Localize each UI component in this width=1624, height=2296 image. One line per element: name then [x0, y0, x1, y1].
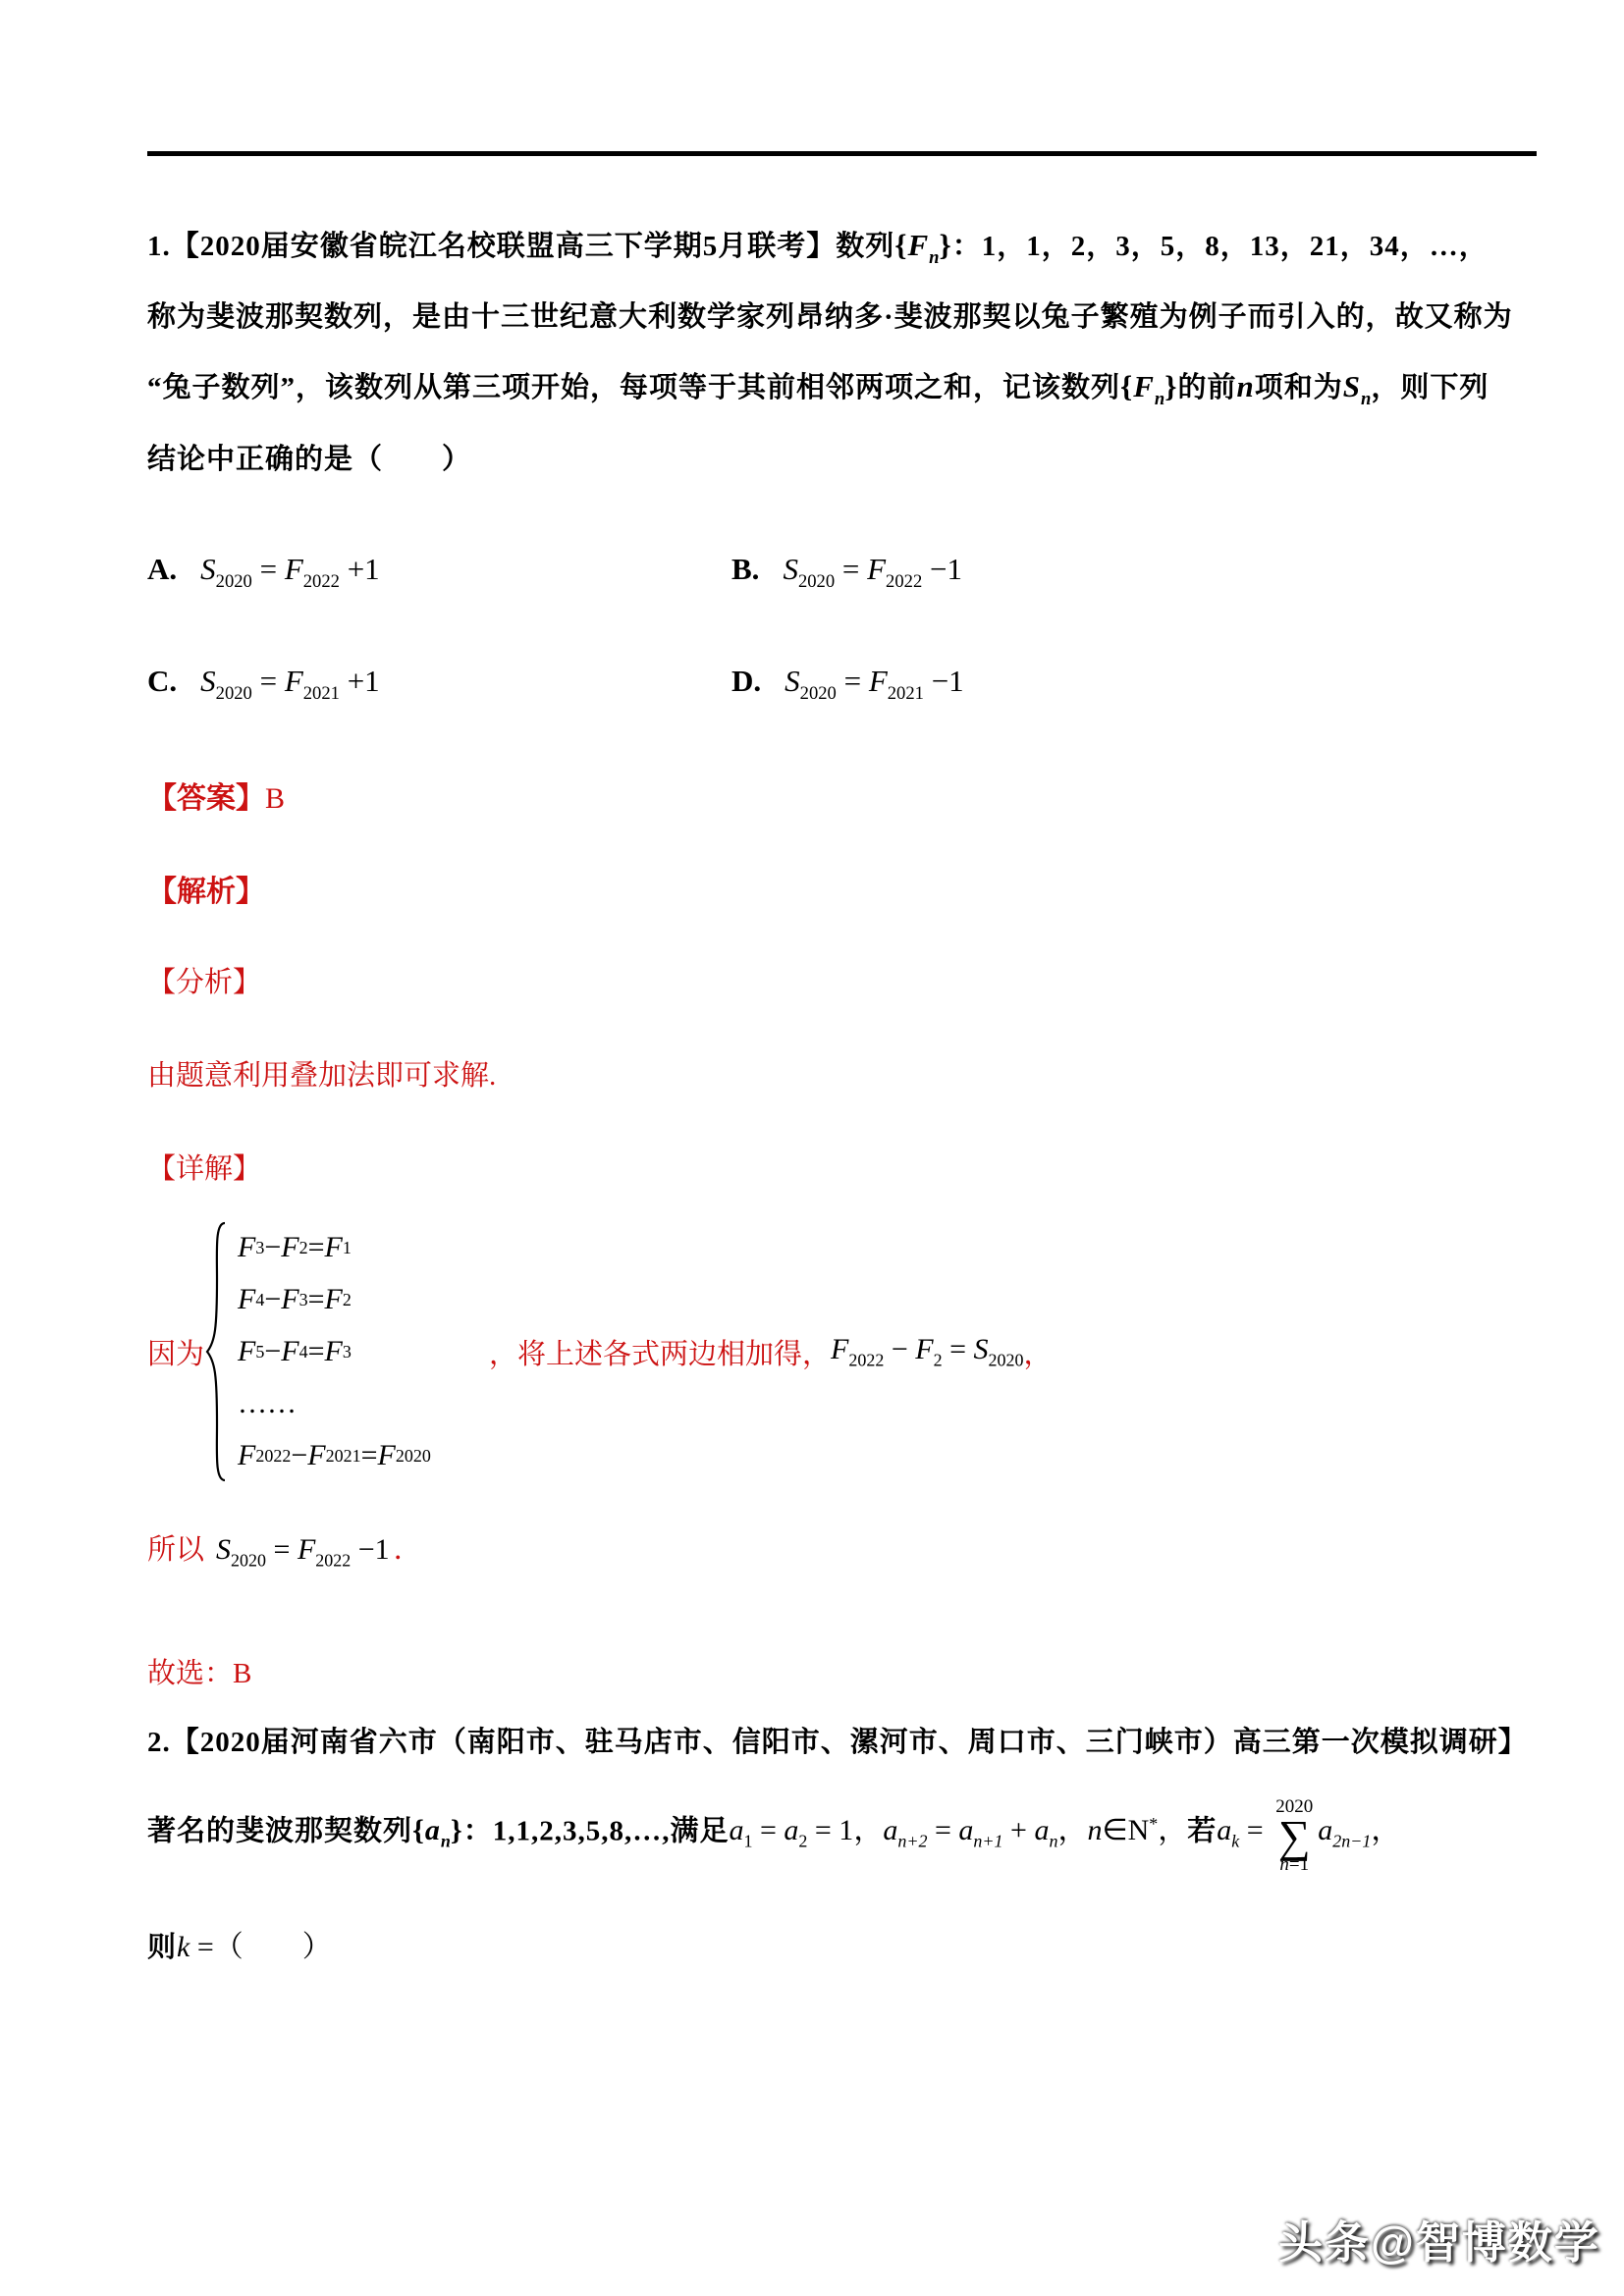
- q1-sn-symbol: Sn: [1343, 369, 1372, 403]
- sum-red-text: ，将上述各式两边相加得，: [489, 1332, 831, 1372]
- fenxi-label: 【分析】: [147, 967, 261, 998]
- fenxi-line: 【分析】: [147, 960, 261, 1000]
- sum-equation: F2022 − F2 = S2020: [831, 1333, 1024, 1371]
- q2-initial-terms: a1 = a2 = 1，: [729, 1814, 883, 1846]
- question-2-line-3: 则k =（ ）: [147, 1922, 332, 1965]
- q2-sequence-numbers: ：1,1,2,3,5,8,…,: [463, 1815, 671, 1846]
- q2-summand: a2n−1，: [1318, 1814, 1400, 1846]
- q2-k-equals: k =（ ）: [177, 1931, 332, 1963]
- option-d-label: D.: [731, 664, 761, 699]
- q1-sequence-symbol: {Fn}: [894, 228, 951, 262]
- question-1-line-3: “兔子数列”，该数列从第三项开始，每项等于其前相邻两项之和，记该数列{Fn}的前…: [147, 365, 1489, 410]
- q2-n-domain: n∈N*，: [1087, 1814, 1187, 1846]
- because-label: 因为: [147, 1332, 204, 1372]
- system-equations: F3 − F2 = F1 F4 − F3 = F2 F5 − F4 = F3 ……: [238, 1222, 485, 1482]
- q1-source-title: 1.【2020届安徽省皖江名校联盟高三下学期5月联考】数列: [147, 231, 894, 262]
- jiexi-line: 【解析】: [147, 867, 265, 910]
- question-1-line-2: 称为斐波那契数列，是由十三世纪意大利数学家列昂纳多·斐波那契以兔子繁殖为例子而引…: [147, 294, 1513, 335]
- q1-sequence-symbol-2: {Fn}: [1120, 369, 1177, 403]
- toutiao-watermark: 头条@智博数学: [1278, 2207, 1600, 2270]
- system-eq-3: F5 − F4 = F3: [238, 1326, 485, 1378]
- option-b-label: B.: [731, 552, 759, 587]
- analysis-text-line: 由题意利用叠加法即可求解.: [147, 1053, 496, 1094]
- q1-sequence-numbers: ：1，1，2，3，5，8，13，21，34，…，: [952, 231, 1489, 262]
- q2-source-title: 2.【2020届河南省六市（南阳市、驻马店市、信阳市、漯河市、周口市、三门峡市）…: [147, 1727, 1528, 1758]
- option-c-label: C.: [147, 664, 177, 699]
- answer-line: 【答案】B: [147, 774, 285, 817]
- system-eq-2: F4 − F3 = F2: [238, 1274, 485, 1326]
- option-a: A. S2020 = F2022 +1: [147, 552, 380, 593]
- xiangjie-label: 【详解】: [147, 1153, 261, 1185]
- system-eq-dots: ……: [238, 1378, 485, 1430]
- sigma-glyph: ∑: [1278, 1816, 1311, 1856]
- question-1-line-4: 结论中正确的是（ ）: [147, 437, 471, 477]
- option-c-formula: S2020 = F2021 +1: [200, 664, 380, 705]
- option-d-formula: S2020 = F2021 −1: [785, 664, 964, 705]
- guxuan-text: 故选：B: [147, 1658, 251, 1689]
- q1-n-symbol: n: [1237, 369, 1255, 403]
- system-eq-4: F2022 − F2021 = F2020: [238, 1430, 485, 1482]
- answer-label: 【答案】: [147, 782, 265, 815]
- option-b-formula: S2020 = F2022 −1: [783, 552, 962, 593]
- conclusion-line: 所以 S2020 = F2022 −1 ．: [147, 1527, 422, 1572]
- option-b: B. S2020 = F2022 −1: [731, 552, 962, 593]
- option-a-label: A.: [147, 552, 177, 587]
- summation-symbol: 2020∑n=1: [1275, 1798, 1313, 1874]
- xiangjie-line: 【详解】: [147, 1147, 261, 1187]
- option-a-formula: S2020 = F2022 +1: [200, 552, 380, 593]
- q2-sequence-symbol: {an}: [412, 1814, 463, 1846]
- summation-lower-limit: n=1: [1279, 1856, 1309, 1874]
- system-eq-1: F3 − F2 = F1: [238, 1222, 485, 1274]
- q2-recurrence: an+2 = an+1 + an，: [883, 1814, 1087, 1846]
- sum-comma: ，: [1024, 1332, 1053, 1372]
- exam-document-page: { "colors": { "red": "#cc1111" }, "q1": …: [0, 0, 1624, 2296]
- question-2-line-2: 著名的斐波那契数列{an}：1,1,2,3,5,8,…,满足a1 = a2 = …: [147, 1798, 1400, 1874]
- answer-value: B: [265, 782, 285, 815]
- equation-system-block: 因为 F3 − F2 = F1 F4 − F3 = F2 F5 − F4 = F…: [147, 1220, 1053, 1483]
- option-c: C. S2020 = F2021 +1: [147, 664, 380, 705]
- question-1-line-1: 1.【2020届安徽省皖江名校联盟高三下学期5月联考】数列{Fn}：1，1，2，…: [147, 224, 1489, 269]
- result-period: ．: [394, 1527, 422, 1568]
- guxuan-line: 故选：B: [147, 1651, 251, 1691]
- q2-ak-equals: ak =: [1217, 1814, 1271, 1846]
- system-left-brace: [204, 1220, 228, 1483]
- jiexi-label: 【解析】: [147, 876, 265, 908]
- result-equation: S2020 = F2022 −1: [216, 1533, 390, 1572]
- suoyi-label: 所以: [147, 1527, 204, 1568]
- option-d: D. S2020 = F2021 −1: [731, 664, 964, 705]
- question-2-line-1: 2.【2020届河南省六市（南阳市、驻马店市、信阳市、漯河市、周口市、三门峡市）…: [147, 1720, 1528, 1760]
- header-divider-rule: [147, 151, 1537, 156]
